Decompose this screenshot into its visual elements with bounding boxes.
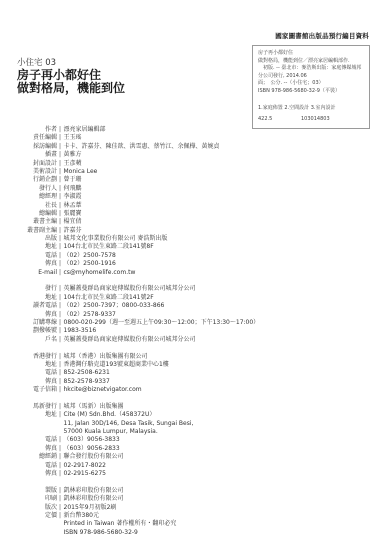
credit-label: 地址 — [20, 411, 57, 419]
credit-label: 責任編輯 — [20, 134, 57, 142]
credit-label: 電話 — [20, 436, 57, 444]
credit-value: 曾于珊 — [63, 176, 82, 184]
credit-value: 王彥蘋 — [63, 160, 82, 168]
credit-value: 英屬蓋曼群島商家庭傳媒股份有限公司城邦分公司 — [63, 285, 196, 293]
credit-row: 地址|Cite (M) Sdn.Bhd.（458372U） — [20, 411, 259, 419]
credit-row: 劃撥帳號|1983-3516 — [20, 327, 259, 335]
cip-record-number: 103014803 — [301, 116, 330, 122]
spacer — [20, 478, 259, 486]
credit-row: 叢書主編|楊宜倩 — [20, 218, 259, 226]
credit-row: 傳真|（603）9056-2833 — [20, 445, 259, 453]
credit-value: 何飛鵬 — [63, 185, 82, 193]
credit-row: 叢書副主編|許嘉芬 — [20, 227, 259, 235]
credit-value: 02-2915-6275 — [63, 470, 106, 478]
address-row: 地址|104台北市民生東路二段141號8F — [20, 243, 259, 251]
credit-label: 叢書主編 — [20, 218, 57, 226]
fax-row: 傳真|（02）2500-1916 — [20, 260, 259, 268]
credit-row: 行銷企劃|曾于珊 — [20, 176, 259, 184]
credit-label: 電話 — [20, 462, 57, 470]
credit-row: 地址|104台北市民生東路二段141號2F — [20, 294, 259, 302]
credit-value: 城邦（馬新）出版集團 — [63, 403, 124, 411]
credit-label: 總經銷 — [20, 453, 57, 461]
address-continuation: 11, Jalan 30D/146, Desa Tasik, Sungai Be… — [20, 420, 259, 428]
hong-kong-block: 香港發行|城邦（香港）出版集團有限公司 地址|香港灣仔駱克道193號東超商業中心… — [20, 353, 259, 395]
credit-label — [20, 529, 57, 537]
credit-label: 地址 — [20, 294, 57, 302]
credit-label: 採訪編輯 — [20, 143, 57, 151]
credit-row: 傳真|852-2578-9337 — [20, 378, 259, 386]
credit-label: 地址 — [20, 243, 57, 251]
credit-row: 總經銷|聯合發行股份有限公司 — [20, 453, 259, 461]
credit-row: 發行|英屬蓋曼群島商家庭傳媒股份有限公司城邦分公司 — [20, 285, 259, 293]
malaysia-block: 馬新發行|城邦（馬新）出版集團 地址|Cite (M) Sdn.Bhd.（458… — [20, 403, 259, 479]
credit-label: 印刷 — [20, 495, 57, 503]
credit-label — [20, 420, 57, 428]
credit-row: 電話|（603）9056-3833 — [20, 436, 259, 444]
credit-label: 讀者電話 — [20, 302, 57, 310]
credit-row: 電子信箱|hkcite@biznetvigator.com — [20, 386, 259, 394]
credit-value: 聯合發行股份有限公司 — [63, 453, 124, 461]
spacer — [20, 344, 259, 352]
credit-row: 戶名|英屬蓋曼群島商家庭傳媒股份有限公司城邦分公司 — [20, 336, 259, 344]
email-row: E-mail|cs@myhomelife.com.tw — [20, 269, 259, 277]
credit-row: 發行人|何飛鵬 — [20, 185, 259, 193]
credit-value: 1983-3516 — [63, 327, 96, 335]
copyright-notice: Printed in Taiwan 著作權所有・翻印必究 — [20, 520, 259, 528]
spacer — [20, 395, 259, 403]
series-label: 小住宅 03 — [17, 56, 56, 68]
credit-value: 852-2508-6231 — [63, 369, 110, 377]
cip-subjects-line: 1.家庭佈置 2.空間設計 3.室內設計 — [258, 105, 336, 111]
credit-row: 電話|02-2917-8022 — [20, 462, 259, 470]
credit-label: 傳真 — [20, 378, 57, 386]
credit-value: 02-2917-8022 — [63, 462, 106, 470]
credit-label: 電話 — [20, 252, 57, 260]
isbn-row: ISBN 978-986-5680-32-9 — [20, 529, 259, 537]
credit-value: 0800-020-299（週一至週五上午09:30～12:00；下午13:30～… — [63, 319, 259, 327]
credit-label — [20, 520, 57, 528]
credit-label: 發行人 — [20, 185, 57, 193]
credit-label: 劃撥帳號 — [20, 327, 57, 335]
credit-value: 104台北市民生東路二段141號8F — [63, 243, 154, 251]
credit-value: Cite (M) Sdn.Bhd.（458372U） — [63, 411, 155, 419]
publishing-block: 作者|漂亮家居編輯部 責任編輯|王玉瑤 採訪編輯|卡卡、許嘉芬、陳佳歆、洪雪惠、… — [20, 126, 259, 277]
credit-label: E-mail — [20, 269, 57, 277]
credit-label: 社長 — [20, 202, 57, 210]
credit-row: 讀者電話|（02）2500-7397；0800-033-866 — [20, 302, 259, 310]
book-title-line-1: 房子再小都好住 — [17, 69, 125, 82]
email-value: cs@myhomelife.com.tw — [63, 269, 135, 277]
cip-title-line: 房子再小都好住 — [258, 50, 293, 56]
credit-value: 城邦（香港）出版集團有限公司 — [63, 353, 148, 361]
credit-value: 57000 Kuala Lumpur, Malaysia. — [63, 428, 158, 436]
credit-label: 傳真 — [20, 260, 57, 268]
credit-row: 封面設計|王彥蘋 — [20, 160, 259, 168]
credit-value: Printed in Taiwan 著作權所有・翻印必究 — [63, 520, 176, 528]
credit-row: 傳真|02-2915-6275 — [20, 470, 259, 478]
phone-row: 電話|（02）2500-7578 — [20, 252, 259, 260]
credit-value: （02）2578-9337 — [63, 311, 116, 319]
credit-value: 李淑霞 — [63, 193, 82, 201]
credit-value: 11, Jalan 30D/146, Desa Tasik, Sungai Be… — [63, 420, 193, 428]
credit-row: 採訪編輯|卡卡、許嘉芬、陳佳歆、洪雪惠、蔡竹江、余佩樺、黃婉貞 — [20, 143, 259, 151]
credit-value: 104台北市民生東路二段141號2F — [63, 294, 154, 302]
credit-row: 插畫|黃雅方 — [20, 151, 259, 159]
credit-value: 2015年9月初版2刷 — [63, 504, 116, 512]
credit-value: （02）2500-7397；0800-033-866 — [63, 302, 164, 310]
credit-label: 香港發行 — [20, 353, 57, 361]
credit-value: 楊宜倩 — [63, 218, 82, 226]
credit-value: （603）9056-3833 — [63, 436, 120, 444]
credit-row: 社長|林孟葦 — [20, 202, 259, 210]
credit-label: 總經理 — [20, 193, 57, 201]
credit-value: 凱林彩印股份有限公司 — [63, 487, 124, 495]
cip-box: 房子再小都好住 做對格局，機能到位／漂亮家居編輯部作. 初版. -- 臺北市：麥… — [252, 45, 370, 129]
credit-row: 印刷|凱林彩印股份有限公司 — [20, 495, 259, 503]
credit-value: 香港灣仔駱克道193號東超商業中心1樓 — [63, 361, 169, 369]
book-title: 房子再小都好住 做對格局，機能到位 — [17, 69, 125, 94]
credit-label: 傳真 — [20, 445, 57, 453]
credit-label: 定價 — [20, 512, 57, 520]
credits: 作者|漂亮家居編輯部 責任編輯|王玉瑤 採訪編輯|卡卡、許嘉芬、陳佳歆、洪雪惠、… — [20, 126, 259, 537]
credit-label: 行銷企劃 — [20, 176, 57, 184]
cip-isbn-line: ISBN 978-986-5680-32-9（平裝） — [258, 88, 340, 94]
credit-row: 電話|852-2508-6231 — [20, 369, 259, 377]
credit-label: 電子信箱 — [20, 386, 57, 394]
credit-label: 電話 — [20, 369, 57, 377]
credit-label: 版次 — [20, 504, 57, 512]
book-title-line-2: 做對格局，機能到位 — [17, 82, 125, 95]
credit-label: 傳真 — [20, 311, 57, 319]
isbn-value: ISBN 978-986-5680-32-9 — [63, 529, 138, 537]
credit-row: 版次|2015年9月初版2刷 — [20, 504, 259, 512]
cip-publisher-line: 分公司發行, 2014.06 — [258, 73, 307, 79]
credit-row: 傳真|（02）2578-9337 — [20, 311, 259, 319]
printing-block: 製版|凱林彩印股份有限公司 印刷|凱林彩印股份有限公司 版次|2015年9月初版… — [20, 487, 259, 537]
credit-label: 傳真 — [20, 470, 57, 478]
distribution-block: 發行|英屬蓋曼群島商家庭傳媒股份有限公司城邦分公司 地址|104台北市民生東路二… — [20, 285, 259, 344]
credit-value: 852-2578-9337 — [63, 378, 110, 386]
credit-value: 凱林彩印股份有限公司 — [63, 495, 124, 503]
credit-value: 許嘉芬 — [63, 227, 82, 235]
credit-value: （02）2500-1916 — [63, 260, 116, 268]
cip-edition-line: 初版. -- 臺北市：麥浩斯出版：家庭傳媒城邦 — [263, 65, 361, 71]
cip-author-line: 做對格局，機能到位／漂亮家居編輯部作. — [258, 58, 350, 64]
credit-row: 責任編輯|王玉瑤 — [20, 134, 259, 142]
credit-label: 製版 — [20, 487, 57, 495]
credit-value: 黃雅方 — [63, 151, 82, 159]
credit-value: 王玉瑤 — [63, 134, 82, 142]
credit-label: 叢書副主編 — [20, 227, 57, 235]
credit-value: 英屬蓋曼群島商家庭傳媒股份有限公司城邦分公司 — [63, 336, 196, 344]
email-value: hkcite@biznetvigator.com — [63, 386, 142, 394]
credit-row: 總經理|李淑霞 — [20, 193, 259, 201]
credit-value: （02）2500-7578 — [63, 252, 116, 260]
cip-pages-line: 面； 公分. --（小住宅；03） — [258, 80, 324, 86]
credit-value: 卡卡、許嘉芬、陳佳歆、洪雪惠、蔡竹江、余佩樺、黃婉貞 — [63, 143, 220, 151]
credit-row: 製版|凱林彩印股份有限公司 — [20, 487, 259, 495]
credit-label: 戶名 — [20, 336, 57, 344]
credit-label: 發行 — [20, 285, 57, 293]
cip-header: 國家圖書館出版品預行編目資料 — [275, 31, 369, 40]
credit-value: （603）9056-2833 — [63, 445, 120, 453]
credit-row: 香港發行|城邦（香港）出版集團有限公司 — [20, 353, 259, 361]
credit-value: 林孟葦 — [63, 202, 82, 210]
credit-label: 插畫 — [20, 151, 57, 159]
cip-class-number: 422.5 — [258, 116, 272, 122]
credit-label: 封面設計 — [20, 160, 57, 168]
